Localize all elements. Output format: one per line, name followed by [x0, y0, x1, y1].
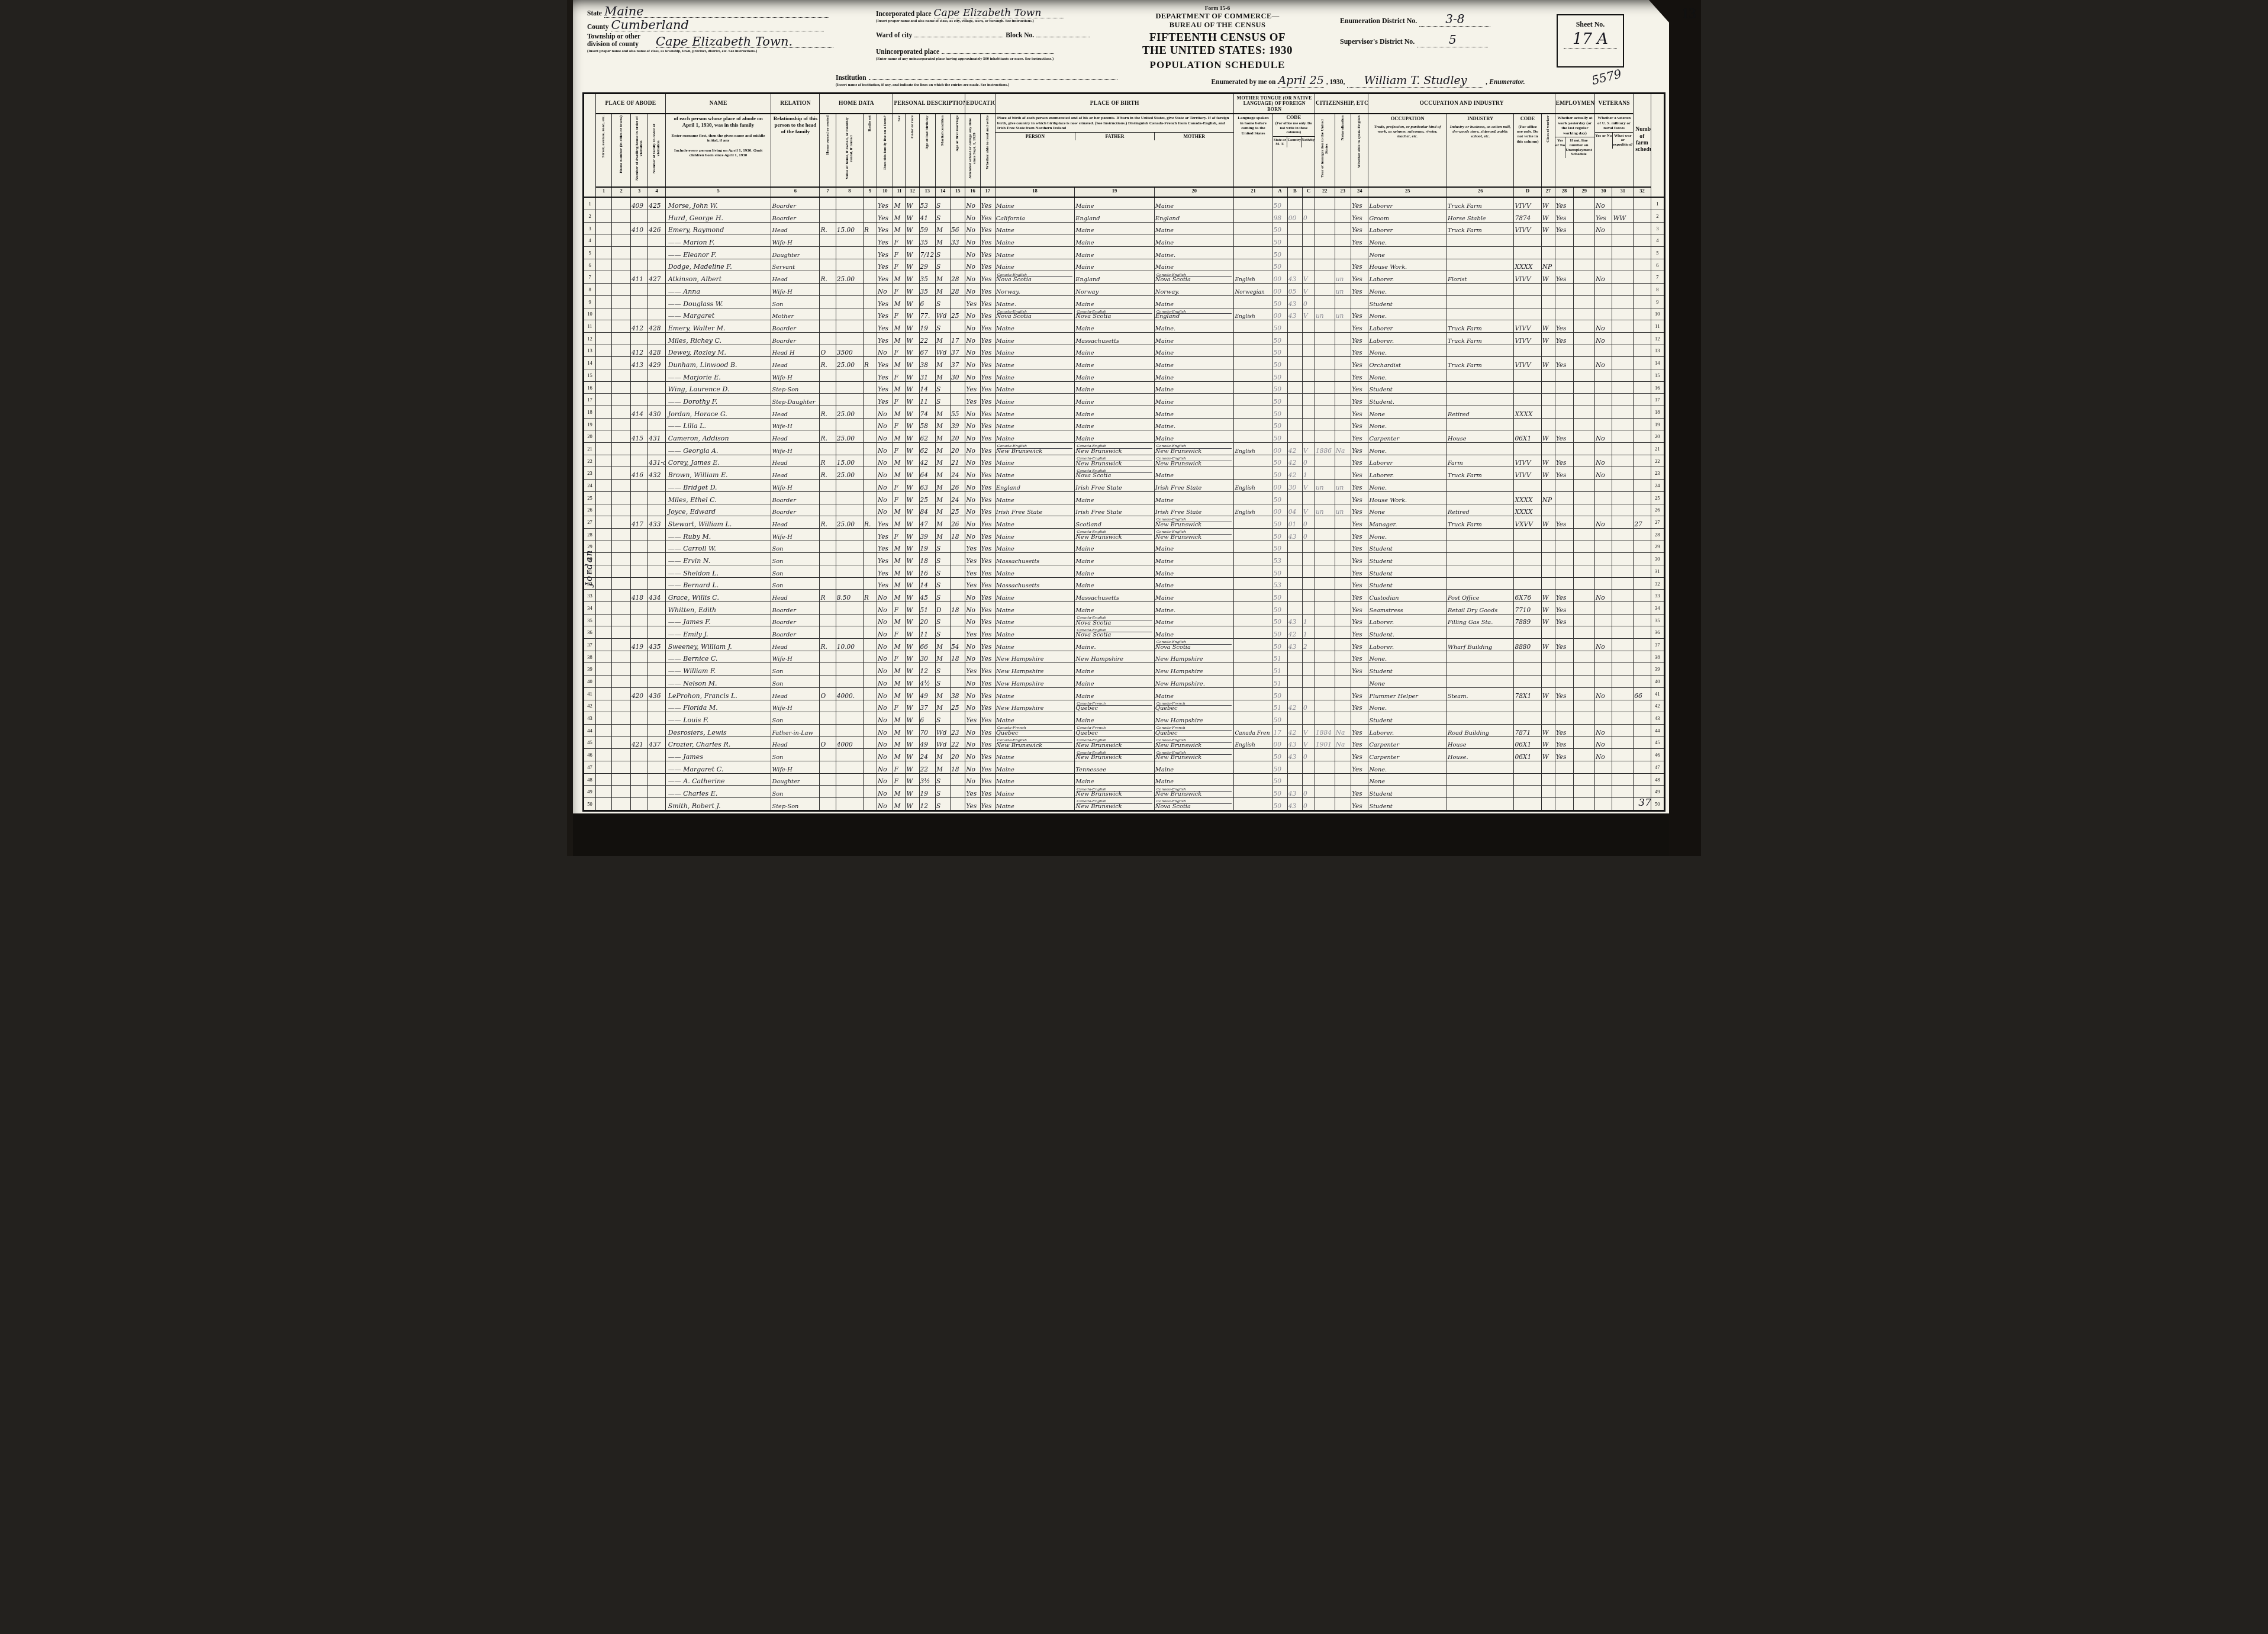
cell-nm: Desrosiers, Lewis — [665, 724, 771, 736]
cell-st — [596, 369, 612, 381]
cell-sx: M — [893, 663, 906, 676]
enumeration-district-label: Enumeration District No. — [1340, 17, 1417, 25]
cell-dw: 420 — [630, 687, 647, 700]
cell-wr — [1612, 222, 1634, 234]
line-number: 46 — [584, 749, 596, 761]
cell-bf: Irish Free State — [1075, 480, 1155, 492]
line-number: 4 — [1651, 234, 1664, 247]
cell-vl — [836, 320, 863, 333]
cell-bf: Maine — [1075, 663, 1155, 676]
cell-cd: 6X76 — [1514, 590, 1541, 602]
incorporated-note: (Insert proper name and also name of cla… — [876, 19, 1130, 24]
cell-hn — [612, 406, 631, 419]
cell-el — [1574, 676, 1595, 688]
county-value[interactable]: Cumberland — [611, 20, 824, 31]
sheet-value[interactable]: 17 A — [1564, 30, 1617, 49]
cell-dw — [630, 541, 647, 553]
cell-bp: Maine — [995, 381, 1075, 394]
cell-sc: No — [965, 247, 980, 259]
township-value[interactable]: Cape Elizabeth Town. — [656, 36, 833, 48]
column-code-d: CODE (For office use only. Do not write … — [1514, 114, 1541, 187]
line-number: 43 — [584, 712, 596, 725]
column-house-number: House number (in cities or towns) — [619, 115, 623, 173]
column-class-of-worker: Class of worker — [1546, 115, 1550, 143]
cell-hn — [612, 577, 631, 590]
cell-cd: 7874 — [1514, 210, 1541, 223]
supervisor-district-value[interactable]: 5 — [1417, 33, 1488, 47]
cell-ms: S — [935, 676, 950, 688]
cell-cc — [1302, 345, 1315, 357]
cell-dw — [630, 614, 647, 626]
cell-rl: Wife-H — [771, 480, 820, 492]
cell-ag: 39 — [919, 528, 935, 541]
cell-rd — [863, 773, 877, 786]
cell-lg — [1234, 749, 1272, 761]
cell-lg — [1234, 394, 1272, 406]
cell-bm: Maine — [1154, 259, 1234, 271]
cell-cb — [1287, 553, 1302, 565]
cell-sc: Yes — [965, 798, 980, 811]
cell-na — [1335, 614, 1351, 626]
cell-rl: Wife-H — [771, 284, 820, 296]
cell-cc — [1302, 381, 1315, 394]
cell-cr: W — [906, 528, 919, 541]
cell-lg — [1234, 761, 1272, 773]
cell-fs — [1634, 430, 1651, 443]
cell-ag: 19 — [919, 541, 935, 553]
cell-lg — [1234, 210, 1272, 223]
cell-cd — [1514, 394, 1541, 406]
cell-na — [1335, 651, 1351, 663]
cell-fa: Yes — [877, 247, 893, 259]
cell-dw — [630, 210, 647, 223]
cell-am — [951, 320, 965, 333]
line-number: 12 — [1651, 332, 1664, 345]
cell-ms: M — [935, 651, 950, 663]
cell-st — [596, 332, 612, 345]
table-row: 17—— Dorothy F.Step-DaughterYesFW11SYesY… — [584, 394, 1665, 406]
cell-dw: 413 — [630, 357, 647, 369]
cell-ag: 11 — [919, 394, 935, 406]
department-title: DEPARTMENT OF COMMERCE—BUREAU OF THE CEN… — [1141, 12, 1294, 30]
cell-st — [596, 455, 612, 467]
cell-fa: Yes — [877, 295, 893, 308]
cell-sc: Yes — [965, 381, 980, 394]
cell-st — [596, 381, 612, 394]
cell-nm: —— Georgia A. — [665, 443, 771, 455]
cell-ew: Yes — [1555, 736, 1574, 749]
cell-oc: None. — [1368, 369, 1447, 381]
cell-fm — [648, 761, 665, 773]
cell-en: Yes — [1351, 798, 1368, 811]
cell-cr: W — [906, 345, 919, 357]
cell-en: Yes — [1351, 332, 1368, 345]
cell-hn — [612, 284, 631, 296]
line-number: 32 — [1651, 577, 1664, 590]
cell-ms: M — [935, 332, 950, 345]
cell-en: Yes — [1351, 222, 1368, 234]
cell-cb — [1287, 541, 1302, 553]
institution-value[interactable] — [869, 79, 1117, 80]
line-number: 24 — [1651, 480, 1664, 492]
cell-cb — [1287, 491, 1302, 504]
cell-rl: Son — [771, 565, 820, 577]
column-number: 14 — [935, 187, 950, 197]
cell-na — [1335, 786, 1351, 798]
cell-ew — [1555, 394, 1574, 406]
cell-in: Truck Farm — [1447, 320, 1514, 333]
cell-oc: Laborer. — [1368, 639, 1447, 651]
cell-rd — [863, 295, 877, 308]
cell-rd — [863, 712, 877, 725]
cell-ag: 41 — [919, 210, 935, 223]
cell-in — [1447, 798, 1514, 811]
cell-cc: V — [1302, 724, 1315, 736]
cell-cc: 0 — [1302, 700, 1315, 712]
column-number: 32 — [1634, 187, 1651, 197]
cell-bm: Maine — [1154, 394, 1234, 406]
cell-fa: Yes — [877, 553, 893, 565]
cell-ms: M — [935, 443, 950, 455]
cell-im: un — [1315, 480, 1335, 492]
cell-vt: No — [1595, 320, 1612, 333]
line-number: 23 — [1651, 467, 1664, 480]
cell-im — [1315, 516, 1335, 529]
cell-ms: M — [935, 430, 950, 443]
cell-ms: S — [935, 553, 950, 565]
cell-oc: Student — [1368, 381, 1447, 394]
cell-bm: Canada-EnglishNew Brunswick — [1154, 749, 1234, 761]
cell-en: Yes — [1351, 430, 1368, 443]
cell-vl: 10.00 — [836, 639, 863, 651]
table-row: 34Whitten, EdithBoarderNoFW51D18NoYesMai… — [584, 602, 1665, 615]
cell-cd: XXXX — [1514, 259, 1541, 271]
cell-nm: Dewey, Rozley M. — [665, 345, 771, 357]
cell-in: House — [1447, 736, 1514, 749]
block-value[interactable] — [1036, 37, 1090, 37]
cell-dw — [630, 798, 647, 811]
cell-rw: Yes — [980, 749, 995, 761]
table-row: 38—— Bernice C.Wife-HNoFW30M18NoYesNew H… — [584, 651, 1665, 663]
cell-cr: W — [906, 504, 919, 516]
cell-vt: No — [1595, 430, 1612, 443]
cell-dw: 415 — [630, 430, 647, 443]
cell-sc: No — [965, 284, 980, 296]
cell-dw: 412 — [630, 345, 647, 357]
cell-lg — [1234, 381, 1272, 394]
cell-oc: None. — [1368, 308, 1447, 320]
cell-st — [596, 504, 612, 516]
cell-bf: Maine — [1075, 295, 1155, 308]
cell-im — [1315, 332, 1335, 345]
cell-rd — [863, 504, 877, 516]
cell-rw: Yes — [980, 626, 995, 639]
column-farm-family: Does this family live on a farm? — [883, 115, 887, 170]
cell-en — [1351, 773, 1368, 786]
cell-na — [1335, 577, 1351, 590]
cell-st — [596, 430, 612, 443]
cell-oc: Custodian — [1368, 590, 1447, 602]
cell-cr: W — [906, 749, 919, 761]
cell-rl: Head — [771, 271, 820, 284]
cell-cw: W — [1541, 430, 1555, 443]
column-age-first-marriage: Age at first marriage — [955, 115, 959, 152]
cell-cr: W — [906, 357, 919, 369]
enumerated-date[interactable]: April 25 — [1278, 74, 1324, 88]
cell-st — [596, 798, 612, 811]
cell-nm: Miles, Ethel C. — [665, 491, 771, 504]
cell-rw: Yes — [980, 528, 995, 541]
cell-ca: 50 — [1272, 798, 1287, 811]
cell-fm: 432 — [648, 467, 665, 480]
cell-sc: No — [965, 724, 980, 736]
cell-el — [1574, 687, 1595, 700]
cell-cw: W — [1541, 455, 1555, 467]
unincorporated-value[interactable] — [942, 53, 1054, 54]
cell-cc: V — [1302, 308, 1315, 320]
cell-ag: 29 — [919, 259, 935, 271]
cell-sx: F — [893, 443, 906, 455]
cell-fa: Yes — [877, 320, 893, 333]
cell-cr: W — [906, 394, 919, 406]
table-row: 31—— Sheldon L.SonYesMW16SYesYesMaineMai… — [584, 565, 1665, 577]
cell-st — [596, 663, 612, 676]
cell-vt — [1595, 565, 1612, 577]
cell-vt — [1595, 676, 1612, 688]
cell-vl: 8.50 — [836, 590, 863, 602]
cell-lg — [1234, 418, 1272, 430]
state-value[interactable]: Maine — [604, 6, 829, 18]
cell-wr — [1612, 295, 1634, 308]
cell-ms: M — [935, 480, 950, 492]
cell-rw: Yes — [980, 210, 995, 223]
cell-cb: 43 — [1287, 308, 1302, 320]
cell-nm: Cameron, Addison — [665, 430, 771, 443]
cell-bp: New Hampshire — [995, 700, 1075, 712]
cell-ca: 50 — [1272, 541, 1287, 553]
cell-am: 23 — [951, 724, 965, 736]
cell-rw: Yes — [980, 284, 995, 296]
cell-ew — [1555, 528, 1574, 541]
cell-rl: Wife-H — [771, 234, 820, 247]
cell-sx: F — [893, 651, 906, 663]
cell-lg — [1234, 467, 1272, 480]
cell-rl: Head — [771, 516, 820, 529]
cell-st — [596, 418, 612, 430]
cell-oc: Carpenter — [1368, 749, 1447, 761]
cell-im — [1315, 712, 1335, 725]
sheet-label: Sheet No. — [1558, 20, 1623, 29]
table-row: 46—— JamesSonNoMW24M20NoYesMaineCanada-E… — [584, 749, 1665, 761]
cell-vt — [1595, 602, 1612, 615]
cell-rd — [863, 749, 877, 761]
enumerator-name[interactable]: William T. Studley — [1347, 74, 1483, 88]
cell-ag: 42 — [919, 455, 935, 467]
column-veterans: Whether a veteran of U. S. military or n… — [1595, 114, 1634, 187]
cell-ag: 62 — [919, 443, 935, 455]
cell-sx: M — [893, 687, 906, 700]
cell-bp: Maine — [995, 516, 1075, 529]
cell-rw: Yes — [980, 455, 995, 467]
cell-dw — [630, 602, 647, 615]
column-relation: Relationship of this person to the head … — [771, 114, 820, 187]
cell-ag: 22 — [919, 761, 935, 773]
cell-lg — [1234, 222, 1272, 234]
column-emp-yes-no: Yes or No — [1555, 137, 1565, 158]
cell-en: Yes — [1351, 320, 1368, 333]
cell-in — [1447, 712, 1514, 725]
cell-ca: 50 — [1272, 712, 1287, 725]
cell-nm: Joyce, Edward — [665, 504, 771, 516]
cell-el — [1574, 332, 1595, 345]
line-number: 34 — [1651, 602, 1664, 615]
cell-bf: Canada-EnglishNew Brunswick — [1075, 528, 1155, 541]
cell-rl: Son — [771, 541, 820, 553]
line-number: 44 — [584, 724, 596, 736]
cell-vt — [1595, 700, 1612, 712]
incorporated-value[interactable]: Cape Elizabeth Town — [934, 9, 1064, 18]
table-row: 42—— Florida M.Wife-HNoFW37M25NoYesNew H… — [584, 700, 1665, 712]
cell-rw: Yes — [980, 430, 995, 443]
cell-nm: —— Lilia L. — [665, 418, 771, 430]
cell-fm: 436 — [648, 687, 665, 700]
cell-am: 30 — [951, 369, 965, 381]
cell-hn — [612, 516, 631, 529]
cell-ag: 6 — [919, 295, 935, 308]
cell-nm: Dodge, Madeline F. — [665, 259, 771, 271]
table-row: 48—— A. CatherineDaughterNoFW3½SNoYesMai… — [584, 773, 1665, 786]
cell-cw — [1541, 700, 1555, 712]
cell-wr — [1612, 332, 1634, 345]
cell-lg — [1234, 406, 1272, 419]
cell-rl: Boarder — [771, 210, 820, 223]
cell-rd — [863, 639, 877, 651]
cell-cw — [1541, 626, 1555, 639]
cell-en: Yes — [1351, 687, 1368, 700]
cell-ms: M — [935, 700, 950, 712]
cell-rw: Yes — [980, 639, 995, 651]
line-number: 38 — [584, 651, 596, 663]
table-row: 37419435Sweeney, William J.HeadR.10.00No… — [584, 639, 1665, 651]
cell-sx: M — [893, 516, 906, 529]
cell-cc: 0 — [1302, 798, 1315, 811]
cell-sx: M — [893, 357, 906, 369]
cell-ms: S — [935, 541, 950, 553]
cell-fm — [648, 541, 665, 553]
cell-el — [1574, 284, 1595, 296]
cell-hn — [612, 651, 631, 663]
cell-ow — [820, 443, 836, 455]
cell-fm: 429 — [648, 357, 665, 369]
cell-ow: R. — [820, 430, 836, 443]
cell-sx: M — [893, 430, 906, 443]
cell-fa: No — [877, 491, 893, 504]
cell-sc: No — [965, 467, 980, 480]
cell-am: 55 — [951, 406, 965, 419]
cell-cb: 43 — [1287, 786, 1302, 798]
cell-sc: Yes — [965, 565, 980, 577]
cell-ms: M — [935, 491, 950, 504]
cell-cc: 0 — [1302, 295, 1315, 308]
cell-cr: W — [906, 308, 919, 320]
cell-dw — [630, 381, 647, 394]
cell-ow — [820, 504, 836, 516]
cell-oc: Laborer. — [1368, 614, 1447, 626]
cell-cc — [1302, 369, 1315, 381]
cell-cc — [1302, 712, 1315, 725]
cell-sc: Yes — [965, 295, 980, 308]
cell-cb: 42 — [1287, 626, 1302, 639]
enumeration-district-value[interactable]: 3-8 — [1419, 12, 1490, 27]
cell-cr: W — [906, 676, 919, 688]
cell-rd — [863, 284, 877, 296]
cell-ca: 53 — [1272, 553, 1287, 565]
cell-fs — [1634, 602, 1651, 615]
cell-ow — [820, 308, 836, 320]
cell-vt — [1595, 786, 1612, 798]
cell-rw: Yes — [980, 345, 995, 357]
cell-ca: 50 — [1272, 418, 1287, 430]
cell-bm: Maine — [1154, 234, 1234, 247]
cell-rd — [863, 565, 877, 577]
cell-st — [596, 565, 612, 577]
line-number: 32 — [584, 577, 596, 590]
cell-sx: F — [893, 626, 906, 639]
cell-rd — [863, 798, 877, 811]
cell-hn — [612, 614, 631, 626]
cell-am — [951, 259, 965, 271]
cell-cc: V — [1302, 504, 1315, 516]
ward-value[interactable] — [914, 37, 1003, 37]
cell-ag: 35 — [919, 234, 935, 247]
cell-ew — [1555, 541, 1574, 553]
cell-ca: 50 — [1272, 786, 1287, 798]
cell-lg — [1234, 565, 1272, 577]
cell-rl: Son — [771, 663, 820, 676]
cell-cd: 7710 — [1514, 602, 1541, 615]
cell-in: Truck Farm — [1447, 197, 1514, 210]
column-number: 29 — [1574, 187, 1595, 197]
cell-bp: New Hampshire — [995, 651, 1075, 663]
cell-am: 18 — [951, 528, 965, 541]
column-number: 28 — [1555, 187, 1574, 197]
cell-na — [1335, 394, 1351, 406]
cell-im — [1315, 295, 1335, 308]
cell-sx: F — [893, 394, 906, 406]
cell-bm: Irish Free State — [1154, 504, 1234, 516]
cell-ca: 51 — [1272, 651, 1287, 663]
table-row: 13412428Dewey, Rozley M.Head HO3500NoFW6… — [584, 345, 1665, 357]
cell-sx: M — [893, 295, 906, 308]
cell-vl — [836, 712, 863, 725]
cell-cb — [1287, 761, 1302, 773]
cell-ms: M — [935, 504, 950, 516]
cell-cb — [1287, 773, 1302, 786]
cell-ow — [820, 381, 836, 394]
cell-bm: Maine — [1154, 332, 1234, 345]
cell-ms: S — [935, 798, 950, 811]
cell-sx: M — [893, 553, 906, 565]
cell-bp: Maine — [995, 590, 1075, 602]
cell-na — [1335, 210, 1351, 223]
cell-sx: F — [893, 308, 906, 320]
column-street: Street, avenue, road, etc. — [601, 115, 605, 157]
cell-am — [951, 541, 965, 553]
cell-bm: Maine — [1154, 541, 1234, 553]
table-header: PLACE OF ABODE NAME RELATION HOME DATA P… — [584, 93, 1665, 197]
cell-rd — [863, 271, 877, 284]
cell-cc — [1302, 430, 1315, 443]
